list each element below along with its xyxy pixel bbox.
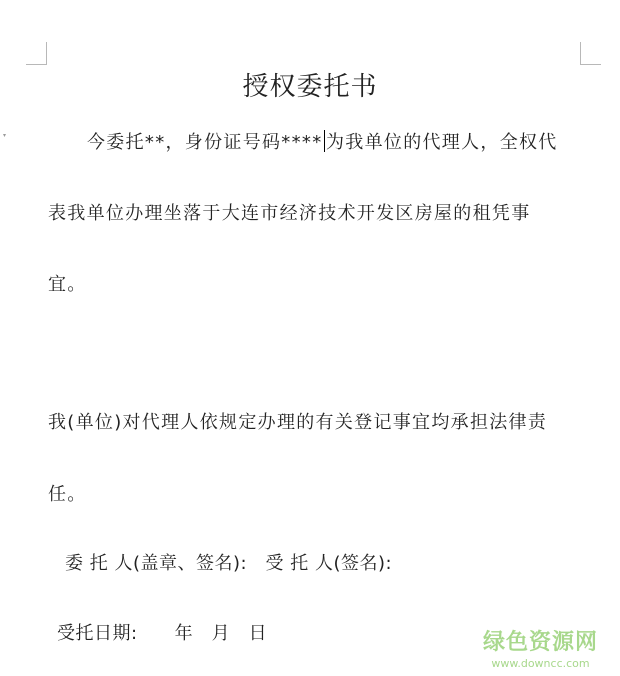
watermark: 绿色资源网 www.downcc.com xyxy=(483,625,598,670)
date-line: 受托日期: 年 月 日 xyxy=(57,619,267,645)
paragraph-1-line-1: 今委托**，身份证号码****为我单位的代理人，全权代 xyxy=(87,128,558,154)
text-cursor xyxy=(324,130,326,152)
text-after-cursor: 为我单位的代理人，全权代 xyxy=(326,132,558,153)
paragraph-2-line-2: 任。 xyxy=(48,480,87,506)
watermark-url: www.downcc.com xyxy=(483,657,598,670)
watermark-site-name: 绿色资源网 xyxy=(483,625,598,656)
paragraph-marker-icon: ▾ xyxy=(3,132,6,139)
paragraph-1-line-2: 表我单位办理坐落于大连市经济技术开发区房屋的租凭事 xyxy=(48,199,531,225)
page-corner-mark-top-right xyxy=(580,42,601,65)
page-corner-mark-top-left xyxy=(26,42,47,65)
signature-line: 委 托 人(盖章、签名): 受 托 人(签名): xyxy=(65,549,392,575)
document-title: 授权委托书 xyxy=(0,66,620,103)
text-before-cursor: 今委托**，身份证号码**** xyxy=(87,132,323,153)
paragraph-1-line-3: 宜。 xyxy=(48,270,87,296)
paragraph-2-line-1: 我(单位)对代理人依规定办理的有关登记事宜均承担法律责 xyxy=(48,408,547,434)
